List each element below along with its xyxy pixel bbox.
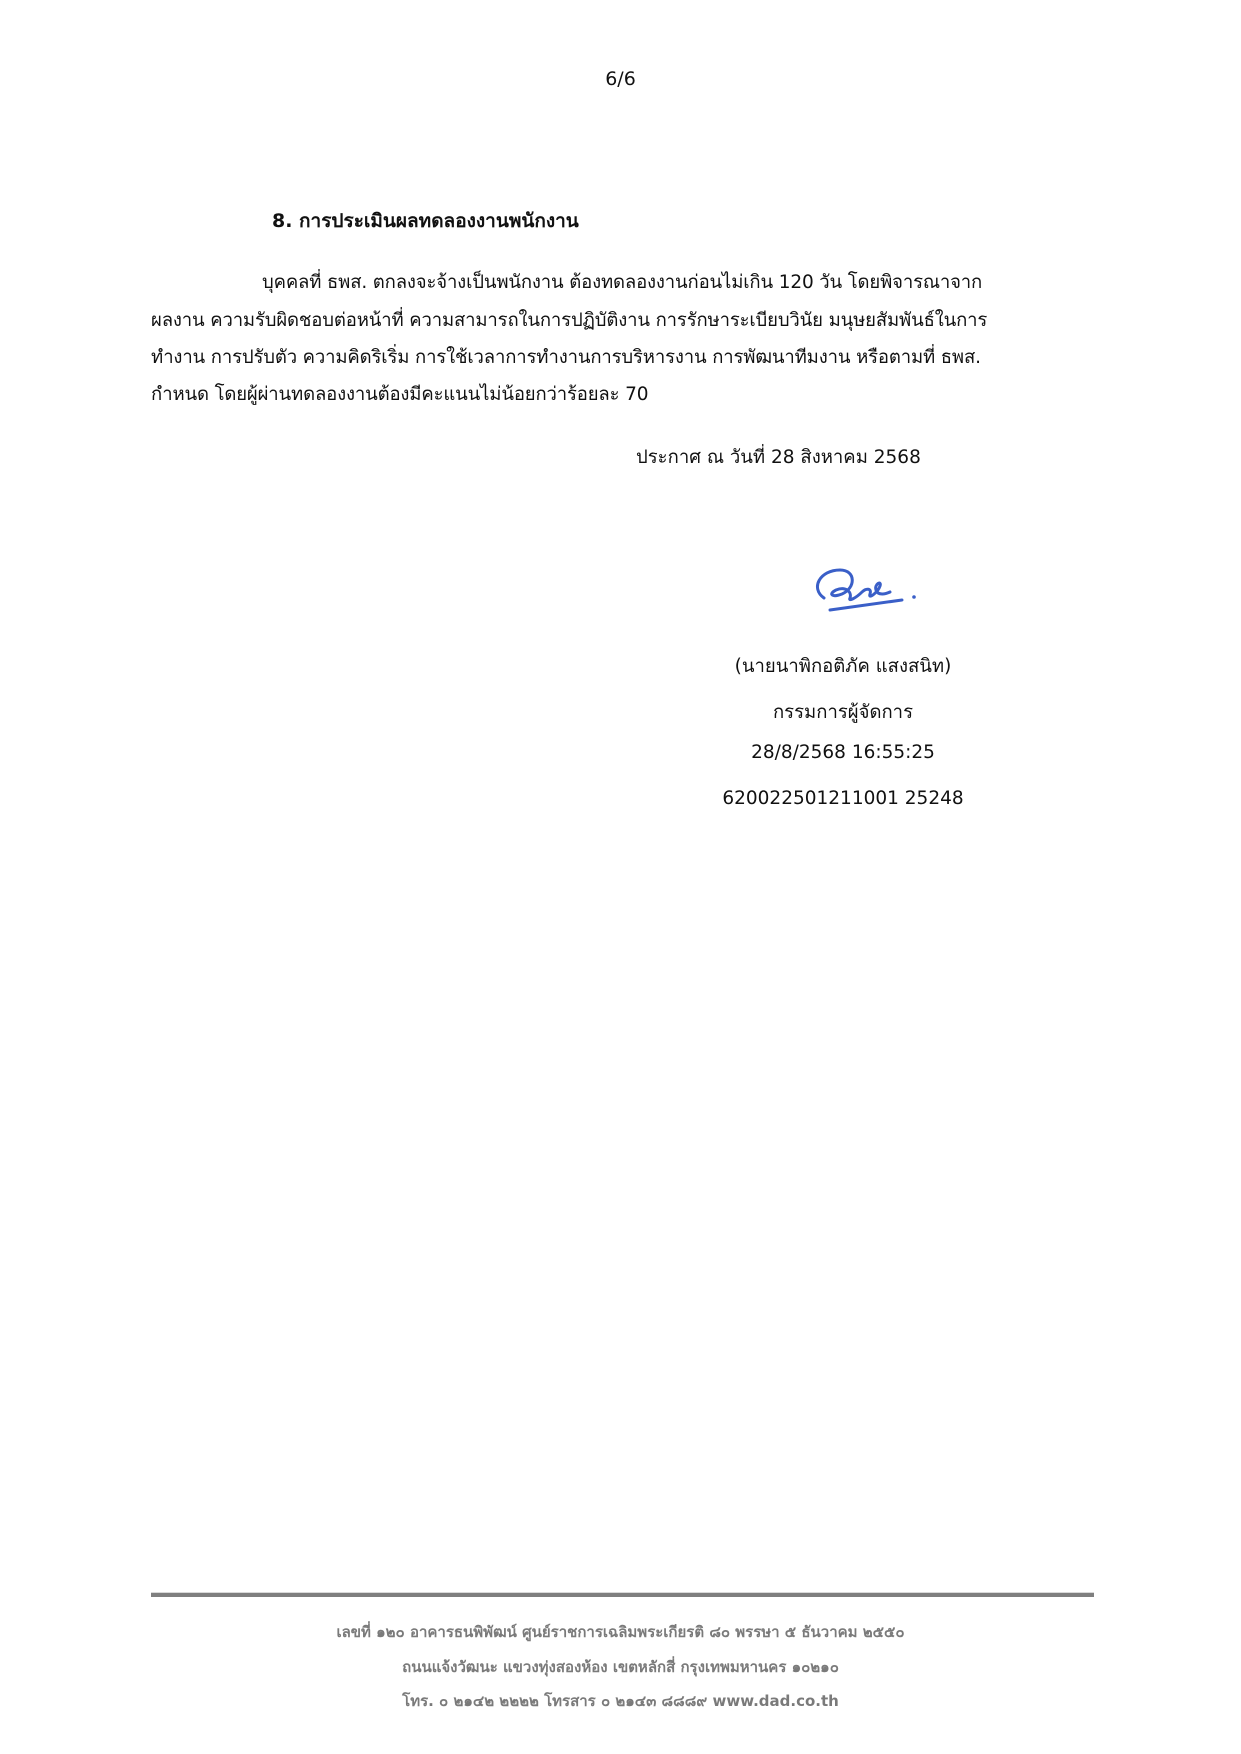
footer-address-line: เลขที่ ๑๒๐ อาคารธนพิพัฒน์ ศูนย์ราชการเฉล… [0, 1620, 1241, 1644]
page-number: 6/6 [0, 68, 1241, 90]
announcement-date: ประกาศ ณ วันที่ 28 สิงหาคม 2568 [636, 443, 921, 472]
body-line: ทำงาน การปรับตัว ความคิดริเริ่ม การใช้เว… [151, 343, 981, 372]
signatory-title: กรรมการผู้จัดการ [693, 698, 993, 727]
footer-address-line: ถนนแจ้งวัฒนะ แขวงทุ่งสองห้อง เขตหลักสี่ … [0, 1655, 1241, 1679]
signature-datetime: 28/8/2568 16:55:25 [693, 742, 993, 763]
section-heading: 8. การประเมินผลทดลองงานพนักงาน [272, 206, 579, 236]
body-line: บุคคลที่ ธพส. ตกลงจะจ้างเป็นพนักงาน ต้อง… [262, 268, 982, 297]
signature-image [790, 548, 950, 628]
footer-divider [151, 1592, 1094, 1597]
body-line: กำหนด โดยผู้ผ่านทดลองงานต้องมีคะแนนไม่น้… [151, 380, 648, 409]
footer-contact-line: โทร. ๐ ๒๑๔๒ ๒๒๒๒ โทรสาร ๐ ๒๑๔๓ ๘๘๘๙ www.… [0, 1689, 1241, 1713]
body-line: ผลงาน ความรับผิดชอบต่อหน้าที่ ความสามารถ… [151, 306, 987, 335]
document-id: 620022501211001 25248 [693, 788, 993, 809]
signatory-name: (นายนาพิกอติภัค แสงสนิท) [693, 652, 993, 681]
handwritten-signature-icon [790, 548, 950, 628]
